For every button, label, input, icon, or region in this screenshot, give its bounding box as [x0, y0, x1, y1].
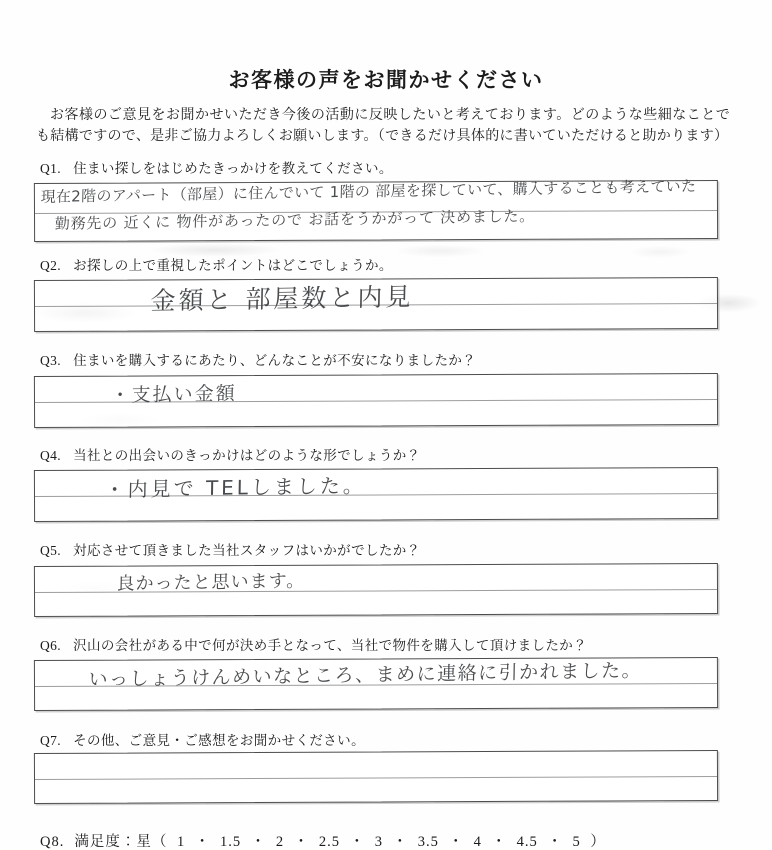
- question-number: Q2.: [40, 258, 61, 273]
- question-label: Q1.住まい探しをはじめたきっかけを教えてください。: [40, 161, 718, 177]
- question-number: Q8.: [40, 834, 64, 850]
- handwritten-answer-line: 現在2階のアパート（部屋）に住んでいて 1階の 部屋を探していて、購入することも…: [40, 175, 696, 207]
- handwritten-answer-line: いっしょうけんめいなところ、まめに連絡に引かれました。: [88, 656, 642, 692]
- question-block-q1: Q1.住まい探しをはじめたきっかけを教えてください。 現在2階のアパート（部屋）…: [34, 161, 718, 242]
- question-label: Q6.沢山の会社がある中で何が決め手となって、当社で物件を購入して頂けましたか？: [40, 638, 718, 654]
- question-block-q7: Q7.その他、ご意見・ご感想をお聞かせください。: [34, 733, 718, 804]
- question-text: 住まい探しをはじめたきっかけを教えてください。: [73, 161, 393, 176]
- question-number: Q3.: [40, 353, 61, 368]
- survey-page: お客様の声をお聞かせください お客様のご意見をお聞かせいただき今後の活動に反映し…: [0, 0, 772, 850]
- question-number: Q7.: [40, 733, 61, 748]
- satisfaction-rating-line: Q8.満足度：星（ 1 ・ 1.5 ・ 2 ・ 2.5 ・ 3 ・ 3.5 ・ …: [40, 830, 606, 850]
- answer-ruled-line: [35, 776, 717, 780]
- page-title: お客様の声をお聞かせください: [0, 64, 772, 94]
- question-number: Q6.: [40, 638, 61, 653]
- question-number: Q5.: [40, 543, 61, 558]
- satisfaction-scale-text: 満足度：星（ 1 ・ 1.5 ・ 2 ・ 2.5 ・ 3 ・ 3.5 ・ 4 ・…: [74, 834, 606, 850]
- question-text: 住まいを購入するにあたり、どんなことが不安になりましたか？: [73, 353, 476, 368]
- intro-paragraph: お客様のご意見をお聞かせいただき今後の活動に反映したいと考えております。どのよう…: [36, 106, 730, 147]
- handwritten-answer-line: ・内見で TELしました。: [104, 469, 366, 502]
- question-label: Q2.お探しの上で重視したポイントはどこでしょうか。: [40, 258, 718, 274]
- question-label: Q4.当社との出会いのきっかけはどのような形でしょうか？: [40, 448, 718, 464]
- answer-box-q6: いっしょうけんめいなところ、まめに連絡に引かれました。: [34, 657, 718, 711]
- answer-box-q1: 現在2階のアパート（部屋）に住んでいて 1階の 部屋を探していて、購入することも…: [34, 180, 718, 242]
- answer-box-q2: 金額と 部屋数と内見: [34, 277, 718, 332]
- question-text: その他、ご意見・ご感想をお聞かせください。: [73, 733, 365, 748]
- answer-box-q3: ・支払い金額: [34, 373, 718, 428]
- answer-box-q5: 良かったと思います。: [34, 563, 718, 617]
- question-number: Q4.: [40, 448, 61, 463]
- question-number: Q1.: [40, 161, 61, 176]
- question-text: 沢山の会社がある中で何が決め手となって、当社で物件を購入して頂けましたか？: [73, 638, 587, 653]
- question-label: Q3.住まいを購入するにあたり、どんなことが不安になりましたか？: [40, 353, 718, 369]
- question-block-q4: Q4.当社との出会いのきっかけはどのような形でしょうか？ ・内見で TELしまし…: [34, 448, 718, 522]
- question-text: 当社との出会いのきっかけはどのような形でしょうか？: [73, 448, 421, 463]
- handwritten-answer-line: ・支払い金額: [110, 379, 236, 408]
- handwritten-answer-line: 金額と 部屋数と内見: [150, 277, 414, 317]
- question-block-q6: Q6.沢山の会社がある中で何が決め手となって、当社で物件を購入して頂けましたか？…: [34, 638, 718, 711]
- question-label: Q7.その他、ご意見・ご感想をお聞かせください。: [40, 733, 718, 749]
- question-block-q3: Q3.住まいを購入するにあたり、どんなことが不安になりましたか？ ・支払い金額: [34, 353, 718, 428]
- question-label: Q5.対応させて頂きました当社スタッフはいかがでしたか？: [40, 543, 718, 559]
- question-block-q5: Q5.対応させて頂きました当社スタッフはいかがでしたか？ 良かったと思います。: [34, 543, 718, 617]
- question-text: お探しの上で重視したポイントはどこでしょうか。: [73, 258, 393, 273]
- question-block-q2: Q2.お探しの上で重視したポイントはどこでしょうか。 金額と 部屋数と内見: [34, 258, 718, 332]
- answer-box-q7: [34, 750, 718, 804]
- answer-box-q4: ・内見で TELしました。: [34, 467, 718, 522]
- question-text: 対応させて頂きました当社スタッフはいかがでしたか？: [73, 543, 421, 558]
- handwritten-answer-line: 良かったと思います。: [116, 567, 305, 596]
- handwritten-answer-line: 勤務先の 近くに 物件があったので お話をうかがって 決めました。: [55, 205, 536, 234]
